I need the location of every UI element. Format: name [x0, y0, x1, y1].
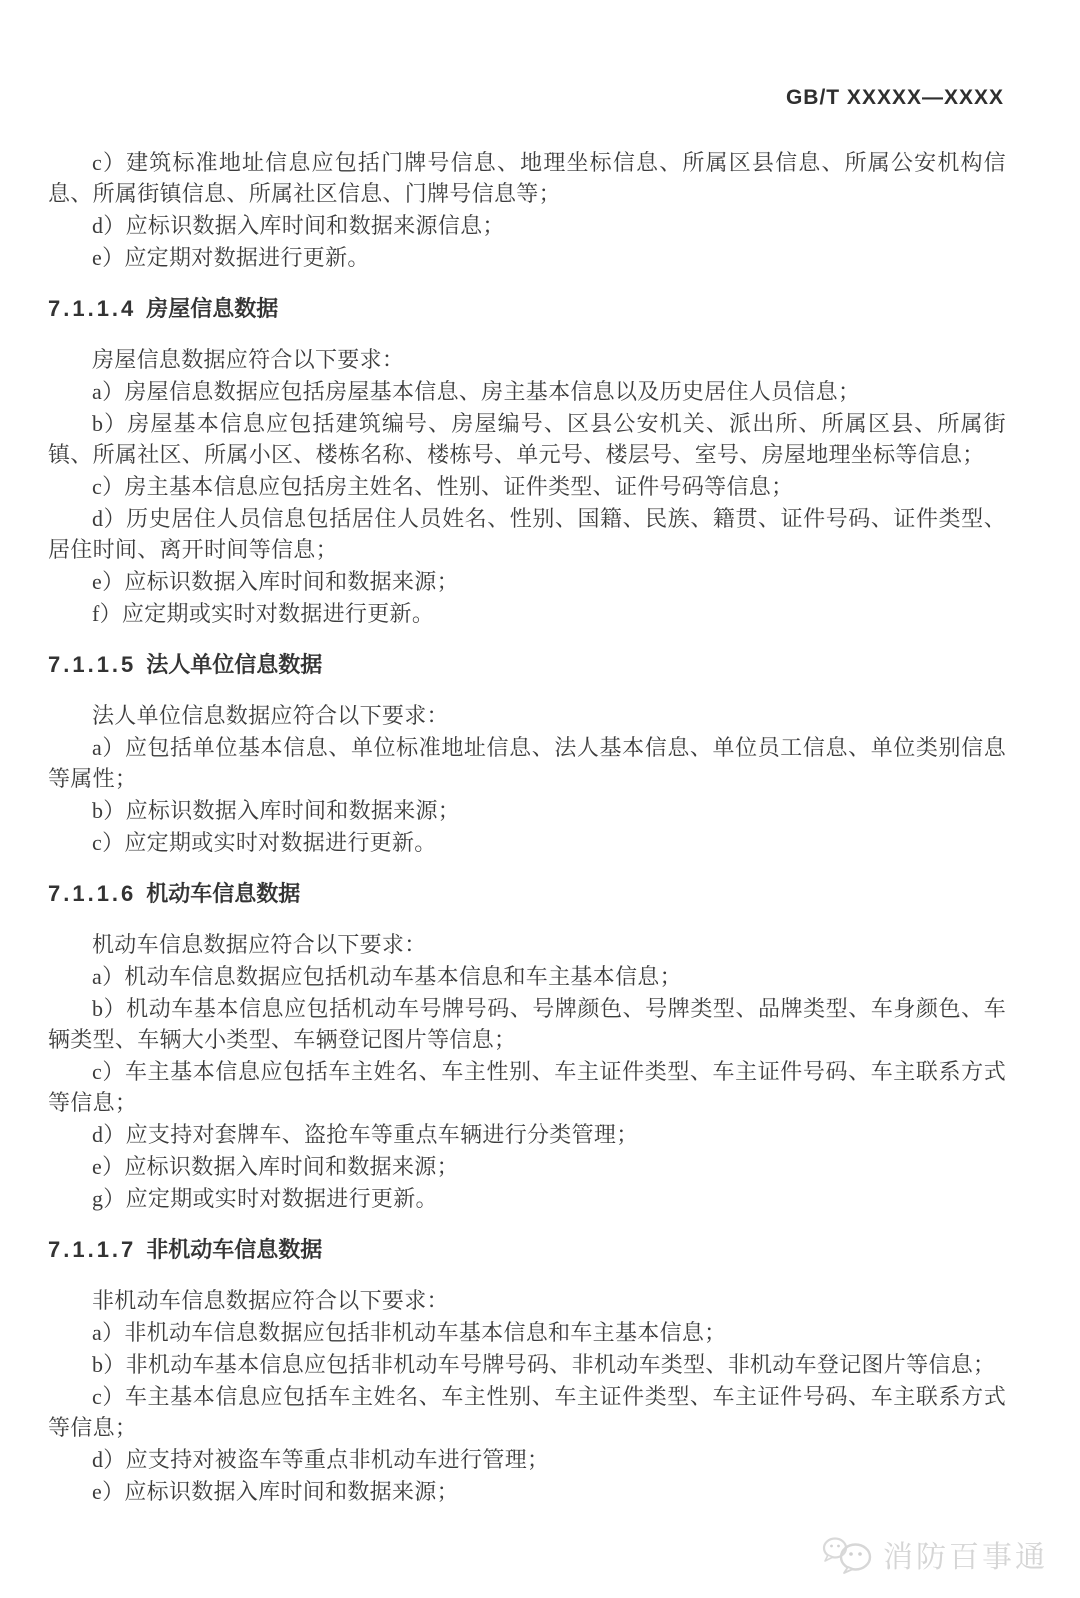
section-heading-7114: 7.1.1.4房屋信息数据 — [48, 293, 1006, 324]
list-item-e: e）应定期对数据进行更新。 — [48, 242, 1006, 273]
section-number: 7.1.1.4 — [48, 296, 136, 321]
watermark: 消防百事通 — [822, 1532, 1048, 1576]
section-intro: 房屋信息数据应符合以下要求： — [48, 344, 1006, 375]
list-item-e: e）应标识数据入库时间和数据来源； — [48, 1151, 1006, 1182]
list-item-c: c）车主基本信息应包括车主姓名、车主性别、车主证件类型、车主证件号码、车主联系方… — [48, 1381, 1006, 1443]
list-item-f: f）应定期或实时对数据进行更新。 — [48, 598, 1006, 629]
section-heading-7115: 7.1.1.5法人单位信息数据 — [48, 649, 1006, 680]
section-number: 7.1.1.7 — [48, 1237, 136, 1262]
list-item-d: d）应标识数据入库时间和数据来源信息； — [48, 210, 1006, 241]
list-item-c: c）房主基本信息应包括房主姓名、性别、证件类型、证件号码等信息； — [48, 471, 1006, 502]
list-item-e: e）应标识数据入库时间和数据来源； — [48, 566, 1006, 597]
list-item-a: a）房屋信息数据应包括房屋基本信息、房主基本信息以及历史居住人员信息； — [48, 376, 1006, 407]
list-item-e: e）应标识数据入库时间和数据来源； — [48, 1476, 1006, 1507]
doc-number: GB/T XXXXX—XXXX — [786, 86, 1004, 110]
section-intro: 非机动车信息数据应符合以下要求： — [48, 1285, 1006, 1316]
list-item-d: d）应支持对被盗车等重点非机动车进行管理； — [48, 1444, 1006, 1475]
list-item-d: d）历史居住人员信息包括居住人员姓名、性别、国籍、民族、籍贯、证件号码、证件类型… — [48, 503, 1006, 565]
list-item-g: g）应定期或实时对数据进行更新。 — [48, 1183, 1006, 1214]
section-heading-7116: 7.1.1.6机动车信息数据 — [48, 878, 1006, 909]
section-intro: 机动车信息数据应符合以下要求： — [48, 929, 1006, 960]
section-intro: 法人单位信息数据应符合以下要求： — [48, 700, 1006, 731]
list-item-c: c）建筑标准地址信息应包括门牌号信息、地理坐标信息、所属区县信息、所属公安机构信… — [48, 147, 1006, 209]
document-content: c）建筑标准地址信息应包括门牌号信息、地理坐标信息、所属区县信息、所属公安机构信… — [48, 147, 1006, 1508]
section-title: 非机动车信息数据 — [146, 1237, 322, 1262]
list-item-b: b）机动车基本信息应包括机动车号牌号码、号牌颜色、号牌类型、品牌类型、车身颜色、… — [48, 993, 1006, 1055]
section-number: 7.1.1.5 — [48, 652, 136, 677]
section-number: 7.1.1.6 — [48, 881, 136, 906]
wechat-icon — [822, 1533, 874, 1575]
list-item-b: b）非机动车基本信息应包括非机动车号牌号码、非机动车类型、非机动车登记图片等信息… — [48, 1349, 1006, 1380]
section-title: 房屋信息数据 — [146, 296, 278, 321]
list-item-a: a）应包括单位基本信息、单位标准地址信息、法人基本信息、单位员工信息、单位类别信… — [48, 732, 1006, 794]
list-item-d: d）应支持对套牌车、盗抢车等重点车辆进行分类管理； — [48, 1119, 1006, 1150]
list-item-a: a）机动车信息数据应包括机动车基本信息和车主基本信息； — [48, 961, 1006, 992]
list-item-c: c）应定期或实时对数据进行更新。 — [48, 827, 1006, 858]
document-page: GB/T XXXXX—XXXX c）建筑标准地址信息应包括门牌号信息、地理坐标信… — [0, 0, 1080, 1598]
watermark-label: 消防百事通 — [883, 1532, 1048, 1576]
list-item-a: a）非机动车信息数据应包括非机动车基本信息和车主基本信息； — [48, 1317, 1006, 1348]
section-heading-7117: 7.1.1.7非机动车信息数据 — [48, 1234, 1006, 1265]
section-title: 法人单位信息数据 — [146, 652, 322, 677]
section-title: 机动车信息数据 — [146, 881, 300, 906]
list-item-b: b）房屋基本信息应包括建筑编号、房屋编号、区县公安机关、派出所、所属区县、所属街… — [48, 408, 1006, 470]
list-item-c: c）车主基本信息应包括车主姓名、车主性别、车主证件类型、车主证件号码、车主联系方… — [48, 1056, 1006, 1118]
list-item-b: b）应标识数据入库时间和数据来源； — [48, 795, 1006, 826]
